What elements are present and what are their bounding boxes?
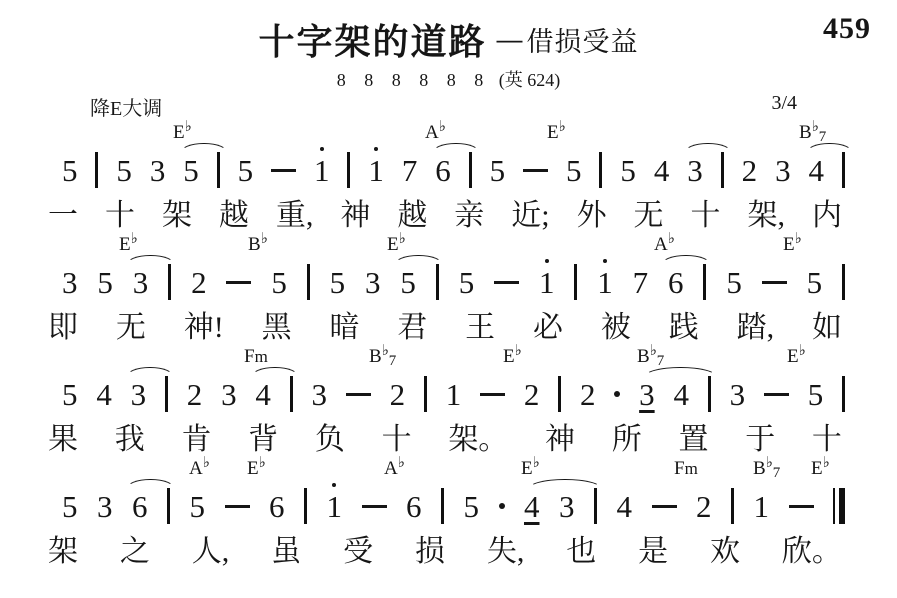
note: 4 (809, 155, 825, 186)
chord-symbol: E♭ (387, 235, 406, 254)
note: 3 (221, 379, 237, 410)
lyric-syllable: 重, (276, 199, 314, 232)
note: 5 (330, 267, 346, 298)
lyric-syllable: 十 (812, 423, 842, 456)
lyric-syllable: 肯 (181, 423, 211, 456)
lyric-syllable: 置 (678, 423, 708, 456)
barline (167, 488, 170, 524)
score: 55355117655543234E♭A♭E♭B♭7一十架越重,神越亲近;外无十… (0, 123, 897, 568)
chord-symbol: B♭ (248, 235, 268, 254)
chord-symbol: E♭ (783, 235, 802, 254)
flat-sign: ♭ (398, 455, 405, 471)
key-row: 降E大调 3/4 (0, 92, 897, 120)
octave-dot (332, 483, 336, 487)
note: 6 (406, 491, 422, 522)
lyric-syllable: 十 (382, 423, 412, 456)
note: 3 (133, 267, 149, 298)
note: 1 (368, 155, 384, 186)
lyric-syllable: 神! (184, 311, 224, 344)
octave-dot (603, 259, 607, 263)
note-dash (362, 505, 387, 508)
note-dash (226, 281, 251, 284)
slur (644, 367, 716, 377)
flat-sign: ♭ (131, 231, 138, 247)
chord-symbol: B♭7 (799, 123, 826, 142)
slur (684, 143, 731, 153)
barline (304, 488, 307, 524)
note: 3 (312, 379, 328, 410)
note: 1 (539, 267, 555, 298)
lyrics-line-2: 即无神!黑暗君王必被践踏,如 (48, 311, 842, 344)
lyric-syllable: 近; (511, 199, 549, 232)
lyric-syllable: 架 (48, 535, 78, 568)
slur (126, 255, 174, 265)
seventh-suffix: 7 (773, 465, 781, 481)
lyric-syllable: 黑 (262, 311, 292, 344)
lyric-syllable: 损 (415, 535, 445, 568)
note-dash (225, 505, 250, 508)
flat-sign: ♭ (533, 455, 540, 471)
slur (251, 367, 298, 377)
note: 5 (116, 155, 132, 186)
note: 3 (131, 379, 147, 410)
header: 十字架的道路—借损受益 459 (0, 0, 897, 66)
lyric-syllable: 是 (638, 535, 668, 568)
note: 1 (327, 491, 343, 522)
lyric-syllable: 背 (248, 423, 278, 456)
note: 5 (190, 491, 206, 522)
note: 5 (726, 267, 742, 298)
barline (558, 376, 561, 412)
lyric-syllable: 踏, (737, 311, 775, 344)
note: 3 (62, 267, 78, 298)
note: 6 (132, 491, 148, 522)
note: 5 (62, 491, 78, 522)
note: 3 (687, 155, 703, 186)
note: 5 (400, 267, 416, 298)
barline (95, 152, 98, 188)
lyric-syllable: 欢 (710, 535, 740, 568)
note: 2 (191, 267, 207, 298)
lyric-syllable: 人, (192, 535, 230, 568)
note: 5 (238, 155, 254, 186)
note: 5 (62, 379, 78, 410)
verse-number: 一 (48, 199, 78, 232)
chord-symbol: A♭ (654, 235, 675, 254)
note: 4 (524, 491, 540, 522)
note: 5 (62, 155, 78, 186)
note: 2 (696, 491, 712, 522)
barline (307, 264, 310, 300)
flat-sign: ♭ (668, 231, 675, 247)
music-line-1: 55355117655543234E♭A♭E♭B♭7 (0, 123, 897, 190)
barline (347, 152, 350, 188)
chord-symbol: E♭ (787, 347, 806, 366)
barline (731, 488, 734, 524)
note: 6 (435, 155, 451, 186)
slur (806, 143, 852, 153)
slur (180, 143, 227, 153)
notes-row: 353255355117655 (62, 262, 845, 302)
chord-symbol: B♭7 (753, 459, 780, 478)
barline (165, 376, 168, 412)
note-dash (271, 169, 296, 172)
barline (469, 152, 472, 188)
final-barline-thin (833, 488, 835, 524)
chord-symbol: E♭ (247, 459, 266, 478)
note-dash (764, 393, 789, 396)
lyric-syllable: 十 (691, 199, 721, 232)
barline (168, 264, 171, 300)
note: 4 (654, 155, 670, 186)
lyric-syllable: 十 (105, 199, 135, 232)
barline (424, 376, 427, 412)
slur (394, 255, 442, 265)
seventh-suffix: 7 (657, 353, 665, 369)
title-dash: — (497, 24, 523, 54)
chord-symbol: Fm (674, 459, 698, 478)
chord-symbol: E♭ (521, 459, 540, 478)
note: 5 (566, 155, 582, 186)
note: 3 (775, 155, 791, 186)
lyric-syllable: 欣。 (782, 535, 842, 568)
page-subtitle: 借损受益 (527, 27, 639, 57)
notes-row: 55355117655543234 (62, 150, 845, 190)
lyric-syllable: 君 (397, 311, 427, 344)
note-dash (762, 281, 787, 284)
lyric-syllable: 必 (533, 311, 563, 344)
barline (708, 376, 711, 412)
lyric-syllable: 无 (634, 199, 664, 232)
barline (217, 152, 220, 188)
flat-sign: ♭ (650, 343, 657, 359)
note: 3 (365, 267, 381, 298)
barline (436, 264, 439, 300)
note-dash (346, 393, 371, 396)
slur (126, 367, 173, 377)
barline (599, 152, 602, 188)
note: 5 (620, 155, 636, 186)
octave-dot (374, 147, 378, 151)
note: 5 (183, 155, 199, 186)
note: 5 (807, 267, 823, 298)
page-title: 十字架的道路 (258, 21, 486, 62)
meter-row: 8 8 8 8 8 8 (英 624) (0, 66, 897, 92)
flat-sign: ♭ (799, 343, 806, 359)
lyric-syllable: 无 (116, 311, 146, 344)
lyric-syllable: 果 (48, 423, 78, 456)
lyric-syllable: 负 (315, 423, 345, 456)
slur (528, 479, 601, 489)
note: 1 (446, 379, 462, 410)
note: 3 (559, 491, 575, 522)
note: 1 (314, 155, 330, 186)
lyric-syllable: 亲 (454, 199, 484, 232)
note: 2 (187, 379, 203, 410)
lyric-syllable: 即 (48, 311, 78, 344)
note: 6 (668, 267, 684, 298)
hymn-number: 459 (823, 12, 871, 46)
barline (290, 376, 293, 412)
note: 2 (390, 379, 406, 410)
chord-symbol: E♭ (119, 235, 138, 254)
note-dash (789, 505, 814, 508)
chord-symbol: A♭ (425, 123, 446, 142)
note: 7 (633, 267, 649, 298)
lyric-syllable: 失, (487, 535, 525, 568)
note: 4 (255, 379, 271, 410)
minor-suffix: m (255, 347, 268, 366)
note-dash (523, 169, 548, 172)
lyric-syllable: 越 (397, 199, 427, 232)
music-line-3: 543234321223435FmB♭7E♭B♭7E♭ (0, 347, 897, 414)
barline (842, 264, 845, 300)
barline (842, 152, 845, 188)
flat-sign: ♭ (559, 119, 566, 135)
final-barline-thick (839, 488, 845, 524)
lyric-syllable: 神 (340, 199, 370, 232)
flat-sign: ♭ (439, 119, 446, 135)
music-line-2: 353255355117655E♭B♭E♭A♭E♭ (0, 235, 897, 302)
slur (432, 143, 479, 153)
note: 3 (150, 155, 166, 186)
slur (126, 479, 174, 489)
note: 6 (269, 491, 285, 522)
meter-numbers: 8 8 8 8 8 8 (337, 70, 491, 90)
note: 2 (524, 379, 540, 410)
lyrics-line-1: 一十架越重,神越亲近;外无十架,内 (48, 199, 842, 232)
flat-sign: ♭ (399, 231, 406, 247)
note: 5 (490, 155, 506, 186)
octave-dot (545, 259, 549, 263)
lyric-syllable: 内 (812, 199, 842, 232)
chord-symbol: E♭ (547, 123, 566, 142)
note: 1 (597, 267, 613, 298)
lyrics-line-3: 果我肯背负十架。神所置于十 (48, 423, 842, 456)
note: 5 (459, 267, 475, 298)
flat-sign: ♭ (185, 119, 192, 135)
lyric-syllable: 我 (115, 423, 145, 456)
barline (721, 152, 724, 188)
notes-row: 5365616543421 (62, 486, 845, 526)
chord-symbol: Fm (244, 347, 268, 366)
flat-sign: ♭ (795, 231, 802, 247)
note: 3 (730, 379, 746, 410)
chord-symbol: A♭ (189, 459, 210, 478)
lyric-syllable: 架 (162, 199, 192, 232)
note-dash (480, 393, 505, 396)
note: 3 (97, 491, 113, 522)
lyric-syllable: 暗 (329, 311, 359, 344)
flat-sign: ♭ (259, 455, 266, 471)
lyric-syllable: 之 (120, 535, 150, 568)
barline (703, 264, 706, 300)
music-line-4: 5365616543421A♭E♭A♭E♭FmB♭7E♭ (0, 459, 897, 526)
minor-suffix: m (685, 459, 698, 478)
note: 5 (97, 267, 113, 298)
note: 5 (271, 267, 287, 298)
flat-sign: ♭ (812, 119, 819, 135)
barline (441, 488, 444, 524)
final-barline (833, 488, 845, 524)
lyric-syllable: 越 (219, 199, 249, 232)
chord-symbol: E♭ (503, 347, 522, 366)
note: 5 (808, 379, 824, 410)
lyric-syllable: 王 (465, 311, 495, 344)
note: 4 (617, 491, 633, 522)
notes-row: 543234321223435 (62, 374, 845, 414)
lyric-syllable: 于 (745, 423, 775, 456)
key-signature: 降E大调 (90, 92, 162, 121)
chord-symbol: E♭ (811, 459, 830, 478)
slur (661, 255, 710, 265)
meter-reference: (英 624) (499, 70, 561, 90)
chord-symbol: A♭ (384, 459, 405, 478)
lyric-syllable: 架, (747, 199, 785, 232)
lyric-syllable: 如 (812, 311, 842, 344)
note: 2 (742, 155, 758, 186)
dotted-note-dot (614, 391, 620, 397)
lyric-syllable: 神 (545, 423, 575, 456)
lyric-syllable: 被 (601, 311, 631, 344)
note: 1 (754, 491, 770, 522)
flat-sign: ♭ (823, 455, 830, 471)
barline (594, 488, 597, 524)
note-dash (494, 281, 519, 284)
note-dash (652, 505, 677, 508)
note: 5 (464, 491, 480, 522)
flat-sign: ♭ (382, 343, 389, 359)
chord-symbol: B♭7 (637, 347, 664, 366)
chord-symbol: E♭ (173, 123, 192, 142)
note: 3 (639, 379, 655, 410)
note: 2 (580, 379, 596, 410)
note: 7 (402, 155, 418, 186)
octave-dot (320, 147, 324, 151)
chord-symbol: B♭7 (369, 347, 396, 366)
lyric-syllable: 架。 (448, 423, 508, 456)
barline (842, 376, 845, 412)
barline (574, 264, 577, 300)
time-signature: 3/4 (771, 92, 797, 115)
lyric-syllable: 也 (566, 535, 596, 568)
lyric-syllable: 外 (577, 199, 607, 232)
lyric-syllable: 践 (669, 311, 699, 344)
flat-sign: ♭ (203, 455, 210, 471)
lyric-syllable: 虽 (271, 535, 301, 568)
flat-sign: ♭ (515, 343, 522, 359)
note: 4 (673, 379, 689, 410)
flat-sign: ♭ (261, 231, 268, 247)
lyric-syllable: 所 (612, 423, 642, 456)
note: 4 (96, 379, 112, 410)
dotted-note-dot (499, 503, 505, 509)
seventh-suffix: 7 (389, 353, 397, 369)
flat-sign: ♭ (766, 455, 773, 471)
lyrics-line-4: 架之人,虽受损失,也是欢欣。 (48, 535, 842, 568)
lyric-syllable: 受 (343, 535, 373, 568)
